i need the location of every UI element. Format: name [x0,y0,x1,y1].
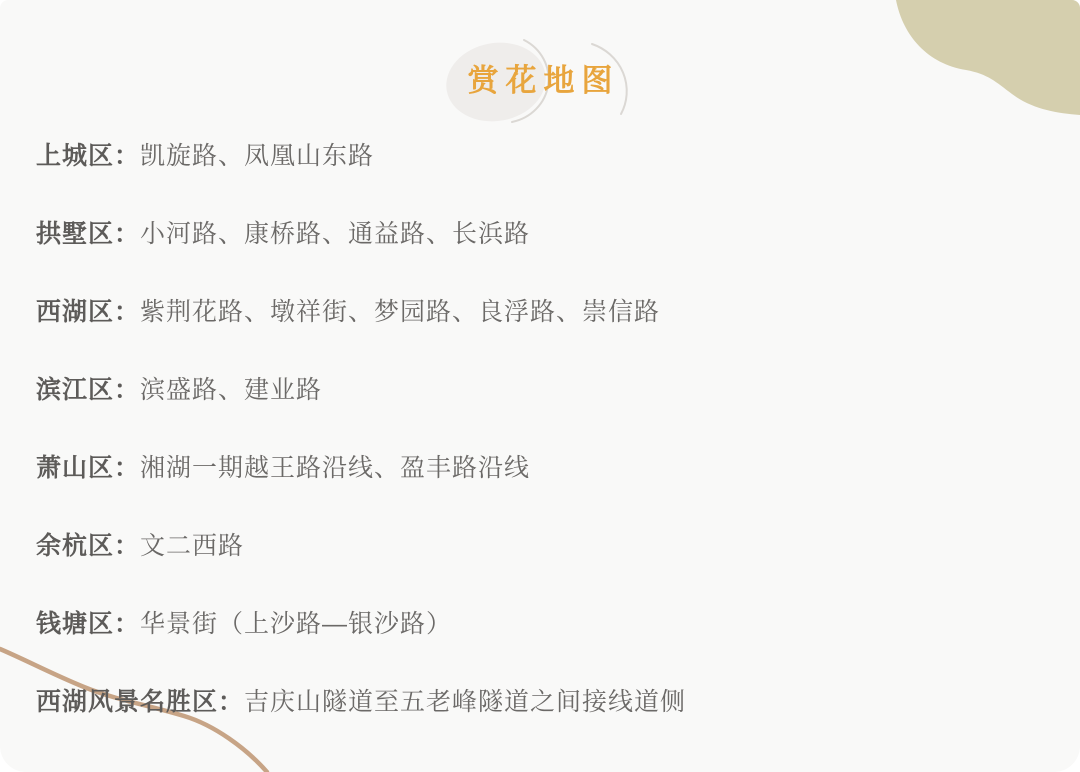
district-roads: 文二西路 [140,532,244,560]
district-label: 萧山区： [36,454,140,482]
district-roads: 滨盛路、建业路 [140,376,322,404]
district-row: 上城区：凯旋路、凤凰山东路 [36,143,1060,169]
flower-map-card: 赏花地图 上城区：凯旋路、凤凰山东路 拱墅区：小河路、康桥路、通益路、长浜路 西… [0,0,1080,772]
district-roads: 小河路、康桥路、通益路、长浜路 [140,220,530,248]
district-roads: 吉庆山隧道至五老峰隧道之间接线道侧 [244,688,686,716]
district-label: 西湖区： [36,298,140,326]
district-label: 余杭区： [36,532,140,560]
district-row: 余杭区：文二西路 [36,533,1060,559]
district-roads: 华景街（上沙路—银沙路） [140,610,452,638]
district-label: 钱塘区： [36,610,140,638]
district-roads: 凯旋路、凤凰山东路 [140,142,374,170]
district-label: 拱墅区： [36,220,140,248]
district-label: 上城区： [36,142,140,170]
page-title: 赏花地图 [0,55,1080,100]
district-row: 西湖风景名胜区：吉庆山隧道至五老峰隧道之间接线道侧 [36,689,1060,715]
district-label: 滨江区： [36,376,140,404]
district-row: 钱塘区：华景街（上沙路—银沙路） [36,611,1060,637]
district-row: 拱墅区：小河路、康桥路、通益路、长浜路 [36,221,1060,247]
district-row: 滨江区：滨盛路、建业路 [36,377,1060,403]
district-roads: 紫荆花路、墩祥街、梦园路、良浮路、崇信路 [140,298,660,326]
district-label: 西湖风景名胜区： [36,688,244,716]
district-list: 上城区：凯旋路、凤凰山东路 拱墅区：小河路、康桥路、通益路、长浜路 西湖区：紫荆… [36,143,1060,767]
district-roads: 湘湖一期越王路沿线、盈丰路沿线 [140,454,530,482]
district-row: 西湖区：紫荆花路、墩祥街、梦园路、良浮路、崇信路 [36,299,1060,325]
district-row: 萧山区：湘湖一期越王路沿线、盈丰路沿线 [36,455,1060,481]
